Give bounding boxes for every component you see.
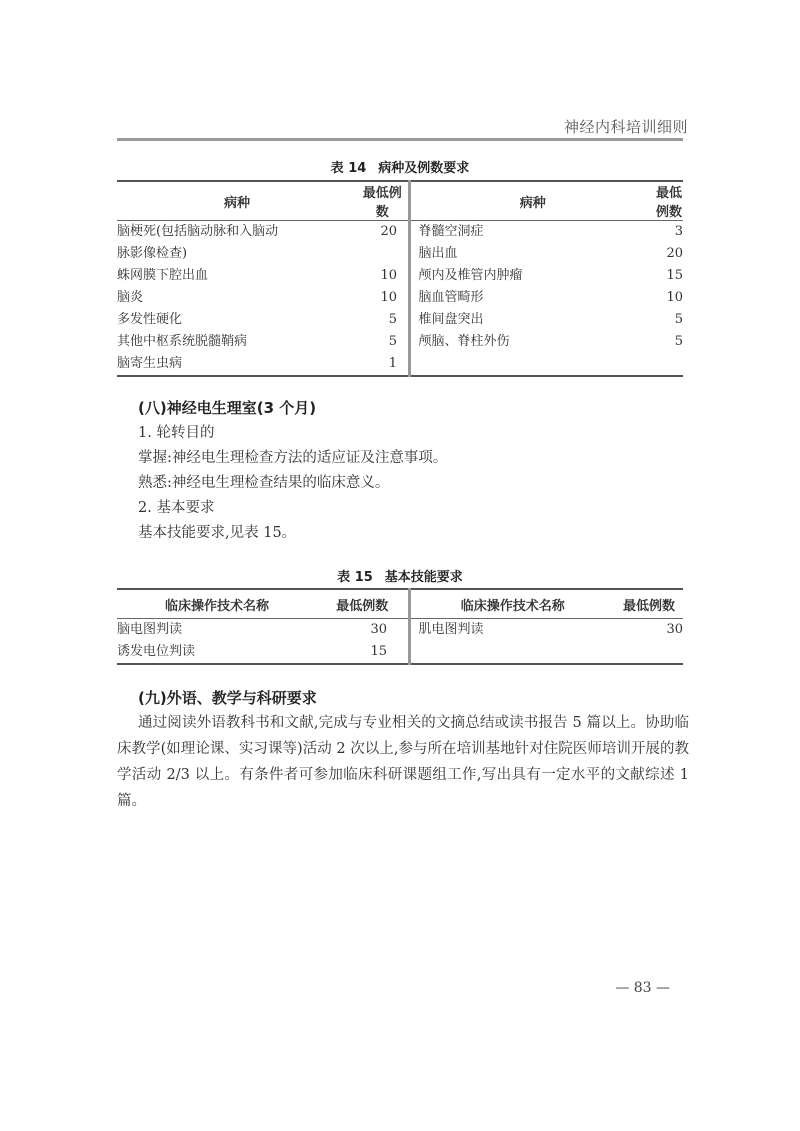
table14-right-value: 15 bbox=[655, 265, 683, 287]
table14-right-value: 3 bbox=[655, 221, 683, 244]
table15-header-count-right: 最低例数 bbox=[615, 589, 683, 619]
table-row: 脑寄生虫病 1 bbox=[117, 353, 683, 376]
table14-caption-title: 病种及例数要求 bbox=[378, 161, 469, 176]
table14-right-value: 10 bbox=[655, 287, 683, 309]
table-row: 脑梗死(包括脑动脉和入脑动 20 脊髓空洞症 3 bbox=[117, 221, 683, 244]
page-number: — 83 — bbox=[615, 980, 670, 996]
table14-right-value: 5 bbox=[655, 331, 683, 353]
table14-caption: 表 14病种及例数要求 bbox=[117, 157, 683, 176]
table14-right-name: 椎间盘突出 bbox=[409, 309, 655, 331]
table-row: 蛛网膜下腔出血 10 颅内及椎管内肿瘤 15 bbox=[117, 265, 683, 287]
table14: 病种 最低例数 病种 最低例数 脑梗死(包括脑动脉和入脑动 20 脊髓空洞症 3… bbox=[117, 180, 683, 377]
table15-header-count-left: 最低例数 bbox=[317, 589, 409, 619]
table14-right-name: 脑出血 bbox=[409, 243, 655, 265]
table15-header-row: 临床操作技术名称 最低例数 临床操作技术名称 最低例数 bbox=[117, 589, 683, 619]
table14-right-value: 5 bbox=[655, 309, 683, 331]
section8-title: (八)神经电生理室(3 个月) bbox=[138, 397, 316, 418]
table14-header-disease-right: 病种 bbox=[409, 181, 655, 221]
table14-left-name: 蛛网膜下腔出血 bbox=[117, 265, 357, 287]
table15-header-skill-right: 临床操作技术名称 bbox=[409, 589, 615, 619]
table15: 临床操作技术名称 最低例数 临床操作技术名称 最低例数 脑电图判读 30 肌电图… bbox=[117, 588, 683, 665]
table14-right-name: 颅内及椎管内肿瘤 bbox=[409, 265, 655, 287]
table-row: 脉影像检查) 脑出血 20 bbox=[117, 243, 683, 265]
section8-item2: 2. 基本要求 bbox=[138, 496, 214, 517]
table15-left-name: 诱发电位判读 bbox=[117, 641, 317, 664]
table15-right-name: 肌电图判读 bbox=[409, 619, 615, 642]
table14-caption-number: 表 14 bbox=[331, 161, 367, 176]
table14-left-name: 其他中枢系统脱髓鞘病 bbox=[117, 331, 357, 353]
table-row: 多发性硬化 5 椎间盘突出 5 bbox=[117, 309, 683, 331]
table14-right-name: 颅脑、脊柱外伤 bbox=[409, 331, 655, 353]
table14-right-value: 20 bbox=[655, 243, 683, 265]
section8-skills: 基本技能要求,见表 15。 bbox=[138, 521, 296, 542]
section8-item1: 1. 轮转目的 bbox=[138, 421, 214, 442]
section9-body: 通过阅读外语教科书和文献,完成与专业相关的文摘总结或读书报告 5 篇以上。协助临… bbox=[117, 710, 689, 814]
table14-left-name: 脑炎 bbox=[117, 287, 357, 309]
section9-title: (九)外语、教学与科研要求 bbox=[138, 687, 317, 708]
table14-left-value: 5 bbox=[357, 331, 397, 353]
table14-left-name: 脑梗死(包括脑动脉和入脑动 bbox=[117, 221, 357, 244]
running-header-title: 神经内科培训细则 bbox=[564, 116, 688, 137]
table14-left-value: 10 bbox=[357, 265, 397, 287]
table-row: 脑电图判读 30 肌电图判读 30 bbox=[117, 619, 683, 642]
table14-left-name-continued: 脉影像检查) bbox=[117, 243, 357, 265]
table15-left-value: 15 bbox=[317, 641, 387, 664]
table14-left-value: 10 bbox=[357, 287, 397, 309]
table15-left-name: 脑电图判读 bbox=[117, 619, 317, 642]
table15-right-value: 30 bbox=[615, 619, 683, 642]
table14-right-name: 脑血管畸形 bbox=[409, 287, 655, 309]
table14-left-name: 多发性硬化 bbox=[117, 309, 357, 331]
table14-header-row: 病种 最低例数 病种 最低例数 bbox=[117, 181, 683, 221]
table14-header-disease-left: 病种 bbox=[117, 181, 357, 221]
table15-caption: 表 15基本技能要求 bbox=[117, 566, 683, 585]
table15-caption-title: 基本技能要求 bbox=[385, 570, 463, 585]
header-rule bbox=[117, 138, 683, 141]
table14-header-count-right: 最低例数 bbox=[655, 181, 683, 221]
table14-header-count-left: 最低例数 bbox=[357, 181, 409, 221]
table15-caption-number: 表 15 bbox=[337, 570, 373, 585]
section8-master: 掌握:神经电生理检查方法的适应证及注意事项。 bbox=[138, 446, 447, 467]
table14-right-name: 脊髓空洞症 bbox=[409, 221, 655, 244]
section8-familiar: 熟悉:神经电生理检查结果的临床意义。 bbox=[138, 471, 389, 492]
table14-left-value: 20 bbox=[357, 221, 397, 244]
table-row: 诱发电位判读 15 bbox=[117, 641, 683, 664]
table14-left-value: 5 bbox=[357, 309, 397, 331]
table15-left-value: 30 bbox=[317, 619, 387, 642]
table-row: 脑炎 10 脑血管畸形 10 bbox=[117, 287, 683, 309]
table14-left-name: 脑寄生虫病 bbox=[117, 353, 357, 376]
table-row: 其他中枢系统脱髓鞘病 5 颅脑、脊柱外伤 5 bbox=[117, 331, 683, 353]
table14-left-value: 1 bbox=[357, 353, 397, 376]
table15-header-skill-left: 临床操作技术名称 bbox=[117, 589, 317, 619]
